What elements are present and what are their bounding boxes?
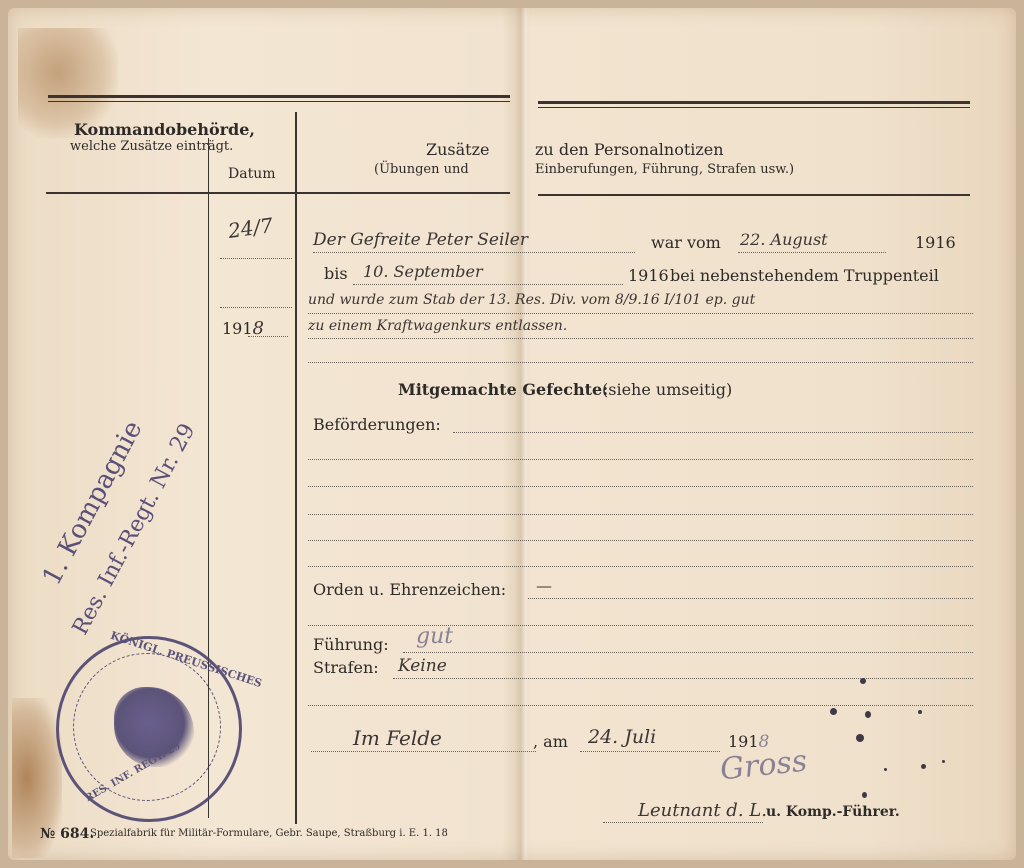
stamp-kompagnie: 1. Kompagnie bbox=[37, 416, 149, 590]
header-right-subtitle: Einberufungen, Führung, Strafen usw.) bbox=[535, 162, 794, 177]
ink-spot bbox=[865, 711, 871, 718]
entry-line1-date: 22. August bbox=[740, 230, 828, 249]
signature-date-dots bbox=[580, 751, 720, 752]
gefechte-note: (siehe umseitig) bbox=[602, 380, 732, 399]
place-hand: Im Felde bbox=[353, 726, 442, 750]
signature-rank-print: u. Komp.-Führer. bbox=[766, 804, 900, 820]
royal-prussian-seal: KÖNIGL. PREUSSISCHES RES. INF. REGT. 29 bbox=[56, 636, 242, 822]
header-left-subtitle: welche Zusätze einträgt. bbox=[70, 139, 233, 154]
divider-main bbox=[295, 112, 297, 824]
entry-line2-print: bei nebenstehendem Truppenteil bbox=[670, 266, 939, 285]
blank-dots-5 bbox=[308, 566, 973, 567]
top-rule-left-thin bbox=[48, 101, 510, 102]
top-rule-left bbox=[48, 95, 510, 98]
header-rule-left bbox=[46, 192, 510, 194]
ink-spot bbox=[856, 734, 864, 742]
blank-dots-1 bbox=[308, 459, 973, 460]
strafen-value: Keine bbox=[398, 656, 447, 676]
document-page: Kommandobehörde, welche Zusätze einträgt… bbox=[8, 8, 1016, 860]
blank-dots-2 bbox=[308, 486, 973, 487]
header-rule-right bbox=[538, 194, 970, 196]
footer-imprint: Spezialfabrik für Militär-Formulare, Geb… bbox=[90, 828, 448, 839]
date-day-month: 24/7 bbox=[227, 213, 275, 243]
form-number: № 684. bbox=[40, 826, 94, 842]
blank-dots-6 bbox=[308, 625, 973, 626]
entry-line4-hand: zu einem Kraftwagenkurs entlassen. bbox=[308, 318, 567, 334]
strafen-dots bbox=[393, 678, 973, 679]
fuehrung-dots bbox=[403, 652, 973, 653]
blank-dots-7 bbox=[308, 705, 973, 706]
ink-spot bbox=[921, 764, 926, 769]
entry-line1-year: 1916 bbox=[915, 233, 956, 252]
gefechte-label: Mitgemachte Gefechte: bbox=[398, 380, 608, 399]
befoerderungen-label: Beförderungen: bbox=[313, 415, 441, 434]
entry-line3-dots bbox=[308, 313, 973, 314]
ink-spot bbox=[830, 708, 837, 715]
entry-line2-dots bbox=[353, 284, 623, 285]
signature-rank-hand: Leutnant d. L. bbox=[638, 800, 767, 821]
orden-dots bbox=[528, 598, 973, 599]
entry-line1-print: war vom bbox=[651, 233, 721, 252]
entry-line1-hand: Der Gefreite Peter Seiler bbox=[313, 230, 528, 250]
signature-rank-dots bbox=[603, 822, 763, 823]
entry-line1-dots bbox=[313, 252, 635, 253]
top-rule-right-thin bbox=[538, 107, 970, 108]
ink-spot bbox=[884, 768, 887, 771]
signature-name: Gross bbox=[718, 744, 808, 788]
befoerderungen-dots bbox=[453, 432, 973, 433]
entry-line2-hand: 10. September bbox=[363, 262, 483, 281]
date-dotted-1 bbox=[220, 258, 292, 259]
top-rule-right bbox=[538, 101, 970, 104]
orden-value: — bbox=[536, 576, 552, 595]
header-right-title: zu den Personalnotizen bbox=[535, 140, 724, 159]
entry-line2-year: 1916 bbox=[628, 266, 669, 285]
header-middle-subtitle: (Übungen und bbox=[374, 162, 469, 177]
ink-spot bbox=[918, 710, 922, 714]
entry-line4-dots bbox=[308, 338, 973, 339]
entry-line2-bis: bis bbox=[324, 264, 348, 283]
place-dots bbox=[311, 751, 536, 752]
orden-label: Orden u. Ehrenzeichen: bbox=[313, 580, 506, 599]
date-dotted-2 bbox=[220, 307, 292, 308]
ink-spot bbox=[862, 792, 867, 798]
header-datum: Datum bbox=[228, 166, 276, 182]
ink-spot bbox=[942, 760, 945, 763]
strafen-label: Strafen: bbox=[313, 658, 379, 677]
blank-dots-4 bbox=[308, 540, 973, 541]
book-spine-fold bbox=[516, 8, 530, 860]
date-dotted-3 bbox=[248, 336, 288, 337]
blank-dots-3 bbox=[308, 514, 973, 515]
entry-line1-date-dots bbox=[738, 252, 886, 253]
header-left-title: Kommandobehörde, bbox=[74, 120, 255, 139]
entry-line5-dots bbox=[308, 362, 973, 363]
fuehrung-value: gut bbox=[416, 624, 453, 649]
signature-am: , am bbox=[533, 732, 568, 751]
ink-spot bbox=[860, 678, 866, 684]
entry-line3-hand: und wurde zum Stab der 13. Res. Div. vom… bbox=[308, 292, 755, 308]
header-middle-title: Zusätze bbox=[426, 140, 490, 159]
fuehrung-label: Führung: bbox=[313, 635, 389, 654]
signature-date: 24. Juli bbox=[588, 726, 656, 748]
